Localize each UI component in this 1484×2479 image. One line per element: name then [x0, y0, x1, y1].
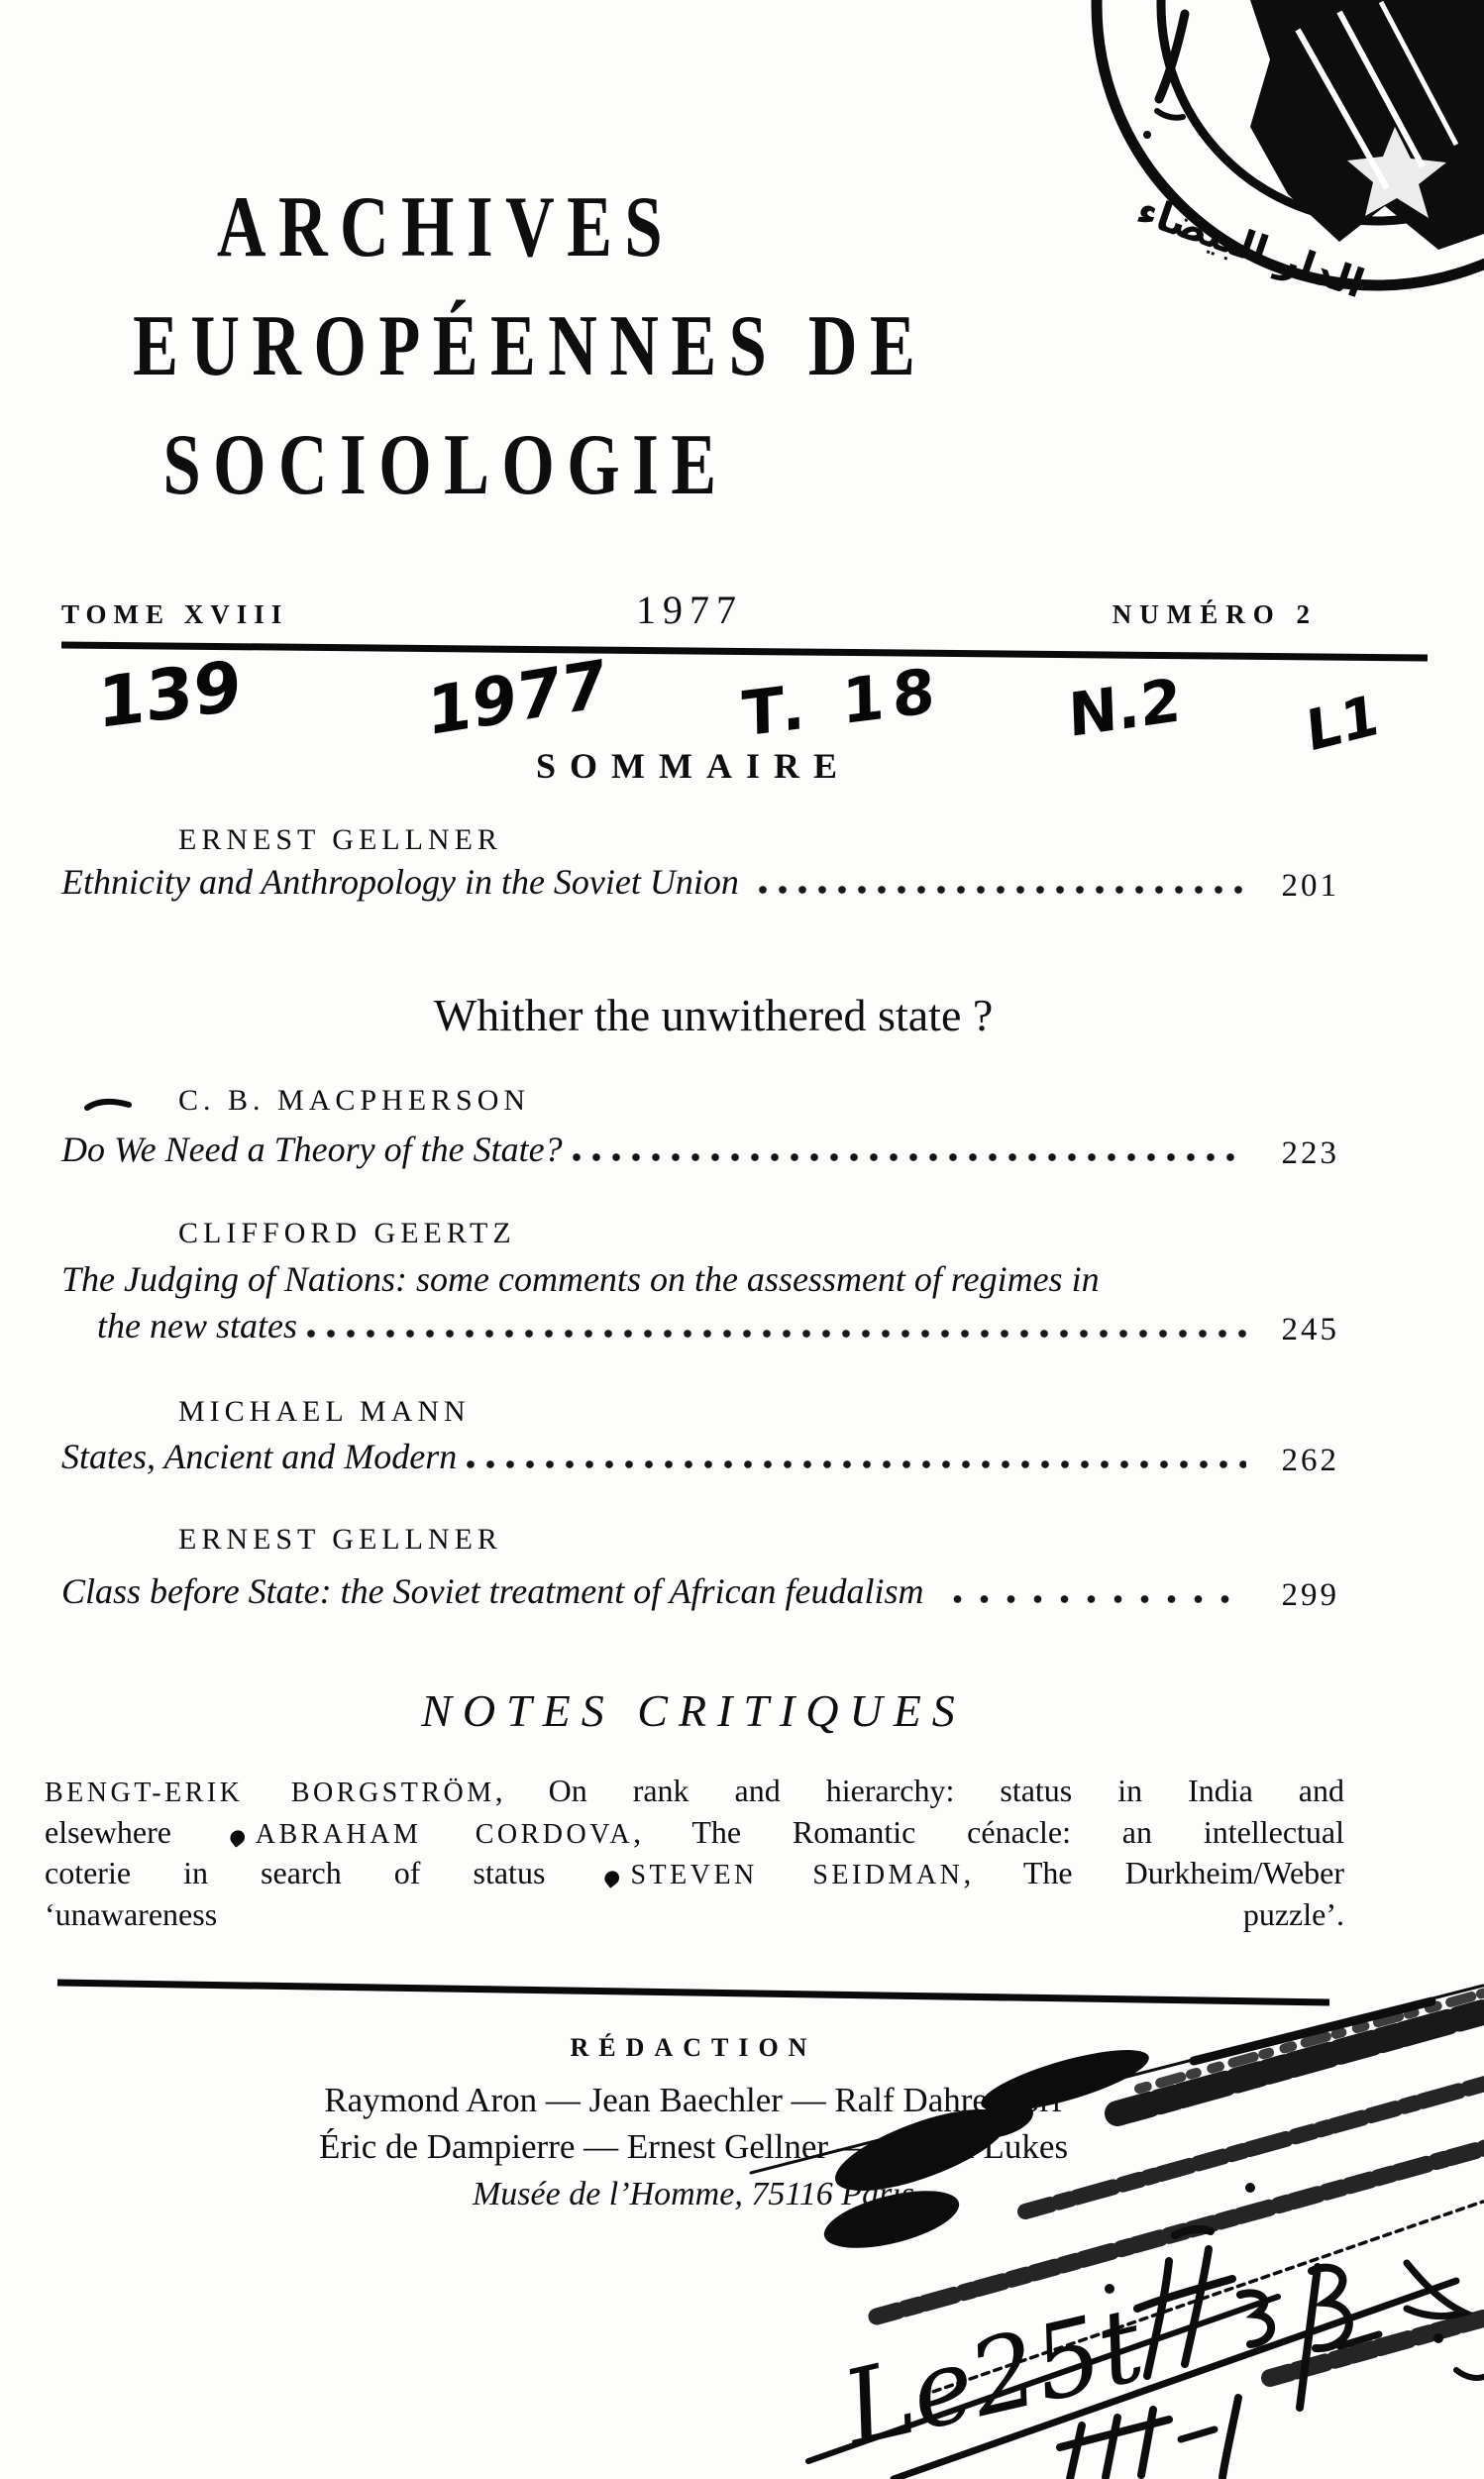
handwritten-tally-marks: [1060, 2229, 1484, 2479]
toc-page-number: 245: [1270, 1312, 1339, 1348]
toc-author: CLIFFORD GEERTZ: [178, 1217, 516, 1250]
handwritten-cursive-mark: Le25t: [830, 2284, 1154, 2470]
fleuron-icon: [602, 1868, 622, 1887]
stamp-star: [1347, 127, 1446, 218]
notes-text-segment: STEVEN SEIDMAN: [630, 1860, 963, 1890]
toc-page-number: 223: [1270, 1135, 1339, 1172]
toc-title: Ethnicity and Anthropology in the Soviet…: [61, 860, 739, 905]
sommaire-heading: SOMMAIRE: [45, 745, 1342, 787]
handwritten-year: 1977: [427, 645, 606, 751]
notes-critiques-heading: NOTES CRITIQUES: [45, 1684, 1342, 1737]
notes-critiques-paragraph: BENGT-ERIK BORGSTRÖM, On rank and hierar…: [45, 1772, 1344, 1933]
dot-leader: [567, 1151, 1246, 1163]
circular-stamp: الدار البيضاء: [1097, 0, 1484, 307]
notes-text-segment: coterie in search of status: [45, 1855, 597, 1890]
toc-page-number: 262: [1270, 1443, 1339, 1479]
journal-title-line: ARCHIVES: [133, 168, 759, 287]
notes-text-segment: elsewhere: [45, 1814, 223, 1850]
toc-author: ERNEST GELLNER: [178, 1523, 502, 1557]
toc-author: ERNEST GELLNER: [178, 823, 502, 857]
handwritten-tome: T. 18: [741, 653, 943, 750]
issue-row: TOME XVIII 1977 NUMÉRO 2: [61, 587, 1318, 633]
toc-entry: Do We Need a Theory of the State? 223: [61, 1128, 1339, 1172]
notes-line: coterie in search of status STEVEN SEIDM…: [45, 1854, 1344, 1895]
toc-entry: Class before State: the Soviet treatment…: [61, 1569, 1339, 1614]
dot-leader: [753, 884, 1246, 896]
toc-title: The Judging of Nations: some comments on…: [61, 1258, 1290, 1300]
notes-line: BENGT-ERIK BORGSTRÖM, On rank and hierar…: [45, 1772, 1344, 1813]
toc-title: the new states: [61, 1304, 297, 1348]
handwritten-dash: [87, 1102, 129, 1108]
journal-cover-page: ARCHIVES EUROPÉENNES DE SOCIOLOGIE TOME …: [0, 0, 1484, 2479]
stamp-emblem: [1250, 0, 1484, 250]
toc-author: MICHAEL MANN: [178, 1395, 471, 1429]
fleuron-icon: [227, 1827, 247, 1847]
redaction-address: Musée de l’Homme, 75116 Paris: [45, 2176, 1342, 2213]
journal-title-line: SOCIOLOGIE: [133, 406, 759, 525]
horizontal-rule-bottom: [57, 1983, 1329, 2002]
notes-text-segment: , The Durkheim/Weber: [963, 1855, 1344, 1890]
dot-leader: [944, 1593, 1246, 1605]
handwritten-accession-number: 139: [98, 645, 242, 744]
section-heading: Whither the unwithered state ?: [45, 989, 1362, 1041]
journal-title-line: EUROPÉENNES DE: [133, 287, 759, 406]
redaction-heading: RÉDACTION: [45, 2033, 1342, 2063]
masthead: ARCHIVES EUROPÉENNES DE SOCIOLOGIE: [45, 168, 847, 525]
notes-text-segment: BENGT-ERIK BORGSTRÖM: [45, 1778, 495, 1808]
toc-page-number: 299: [1270, 1577, 1339, 1614]
notes-text-segment: ‘unawareness puzzle’.: [45, 1896, 1344, 1932]
stamp-rim-text: الدار البيضاء: [1131, 187, 1370, 307]
year-label: 1977: [636, 587, 743, 633]
notes-text-segment: ABRAHAM CORDOVA: [256, 1819, 633, 1850]
dot-leader: [301, 1328, 1246, 1340]
toc-entry: Ethnicity and Anthropology in the Soviet…: [61, 860, 1339, 905]
notes-line: ‘unawareness puzzle’.: [45, 1895, 1344, 1934]
notes-line: elsewhere ABRAHAM CORDOVA, The Romantic …: [45, 1813, 1344, 1855]
dot-leader: [461, 1458, 1246, 1470]
toc-entry: the new states 245: [61, 1304, 1339, 1348]
toc-page-number: 201: [1270, 868, 1339, 905]
toc-title: States, Ancient and Modern: [61, 1435, 457, 1479]
numero-label: NUMÉRO 2: [743, 599, 1318, 630]
tome-label: TOME XVIII: [61, 599, 636, 630]
handwritten-numero: N.2: [1067, 666, 1182, 751]
toc-author: C. B. MACPHERSON: [178, 1084, 530, 1118]
notes-text-segment: , On rank and hierarchy: status in India…: [495, 1773, 1344, 1808]
horizontal-rule-top: [61, 645, 1428, 658]
toc-title: Class before State: the Soviet treatment…: [61, 1569, 924, 1614]
toc-title: Do We Need a Theory of the State?: [61, 1128, 563, 1172]
redaction-editors-line: Éric de Dampierre — Ernest Gellner — Ste…: [45, 2127, 1342, 2167]
redaction-editors-line: Raymond Aron — Jean Baechler — Ralf Dahr…: [45, 2081, 1342, 2120]
toc-entry: States, Ancient and Modern 262: [61, 1435, 1339, 1479]
notes-text-segment: , The Romantic cénacle: an intellectual: [633, 1814, 1344, 1850]
